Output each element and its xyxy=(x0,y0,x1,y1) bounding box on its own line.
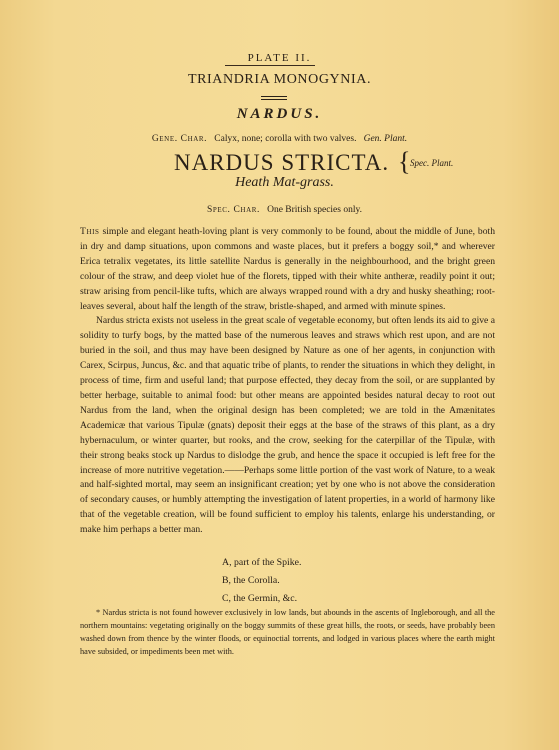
plate-underline xyxy=(225,65,315,66)
paragraph-lead: This xyxy=(80,226,100,237)
generic-character-source: Gen. Plant. xyxy=(364,134,408,144)
linnaean-class-title: TRIANDRIA MONOGYNIA. xyxy=(0,72,559,88)
generic-character-label: Gene. Char. xyxy=(152,134,207,144)
plate-number: PLATE II. xyxy=(0,52,559,64)
figure-legend-item: B, the Corolla. xyxy=(222,572,301,590)
double-rule-divider xyxy=(261,96,287,100)
specific-character: Spec. Char. One British species only. xyxy=(0,205,559,215)
species-source: Spec. Plant. xyxy=(410,158,453,168)
paragraph-1: This simple and elegant heath-loving pla… xyxy=(80,225,495,314)
common-name: Heath Mat-grass. xyxy=(0,175,559,191)
description-body: This simple and elegant heath-loving pla… xyxy=(80,225,495,538)
specific-character-text: One British species only. xyxy=(267,205,362,215)
book-page: PLATE II. TRIANDRIA MONOGYNIA. NARDUS. G… xyxy=(0,0,559,750)
figure-legend-item: A, part of the Spike. xyxy=(222,554,301,572)
figure-legend: A, part of the Spike. B, the Corolla. C,… xyxy=(222,554,301,608)
footnote: * Nardus stricta is not found however ex… xyxy=(80,606,495,658)
generic-character-text: Calyx, none; corolla with two valves. xyxy=(214,134,356,144)
paragraph-text: simple and elegant heath-loving plant is… xyxy=(80,226,495,312)
specific-character-label: Spec. Char. xyxy=(207,205,260,215)
species-title: NARDUS STRICTA. xyxy=(174,150,389,176)
paragraph-text: Nardus stricta exists not useless in the… xyxy=(80,315,495,535)
generic-character: Gene. Char. Calyx, none; corolla with tw… xyxy=(0,134,559,144)
genus-title: NARDUS. xyxy=(0,106,559,123)
brace-glyph: { xyxy=(398,147,410,177)
paragraph-2: Nardus stricta exists not useless in the… xyxy=(80,314,495,538)
